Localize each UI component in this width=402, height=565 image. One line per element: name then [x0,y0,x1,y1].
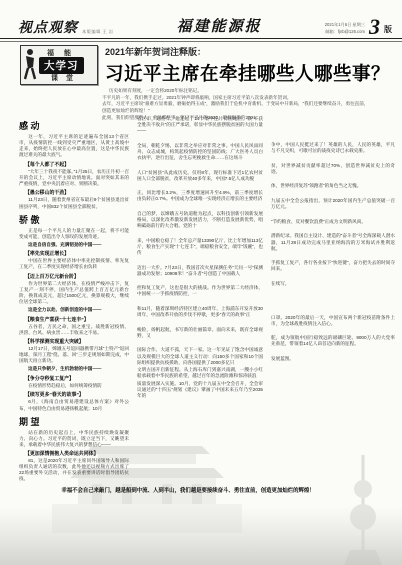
lead-line: 这是自信自强、充满韧劲的中国—— [19,242,129,248]
column-spacer [137,231,263,238]
sub-heading: 【争分夺秒复工复产】 [19,375,129,382]
paragraph: 6月，《海南自由贸易港建设总体方案》对外公布，中国特色自由贸易港扬帆起航；10月 [19,399,129,411]
column-logo: 福 能 大学习 课 堂 [20,45,98,85]
paragraph: 在疫情形势趋稳后，如何统筹疫情防 [19,383,129,389]
column-spacer [137,204,263,211]
paragraph: 和11月，随着深圳经济特区建立40周年、上海浦东开发开放30周年，中国改革开放的… [137,306,263,318]
column-spacer [271,289,395,315]
paragraph: 发展蓝图。 [271,356,395,362]
paragraph: 中国在世界主要经济体中率先控制疫情、率先复工复产，在二季度实现经济增长由负转 [19,258,129,270]
paragraph: 贫，对世界减贫贡献率超过70%，创造世界减贫史上的奇迹。 [271,163,395,175]
newspaper-page: 视点观察 本版编辑 王 岩 福建能源报 2021年1月6日 星期三 邮箱：fjn… [0,0,402,565]
intro-line: 去年，习近平主席说“艰难方显勇毅，磨砺始得玉成”，激励我们于危机中育新机、于变局… [102,101,396,108]
section-heading: 期望 [19,415,129,428]
page-number-label: 版 [384,24,392,37]
section-title: 视点观察 [18,17,78,37]
page-header: 视点观察 本版编辑 王 岩 福建能源报 2021年1月6日 星期三 邮箱：fjn… [18,13,392,37]
paragraph: 12月17日，嫦娥五号返回器携带月球“土特产”返回地球，探月工程“绕、落、回”三… [19,346,129,364]
conclusion-text: 幸福不会自己来敲门，越是船到中流、人到半山，我们越是要接续奋斗、勇往直前，创造更… [42,487,334,495]
paragraph: 舵，成为领航中国行稳致远的磅礴巨轮。9000万人的大党率先垂范，带领着14亿人昂… [271,335,395,347]
paragraph: 手抓复工复产，各行各业按下“快进键”，奋力把失去的时间夺回来。 [271,260,395,272]
column-spacer [271,274,395,281]
article-column: 省区市，这些年，他走过了14个集中连片特困地区，以“不获全胜决不收兵”的庄严承诺… [137,116,263,483]
paragraph: 峻险，扬帆起航，书写新的壮丽篇章。面向未来，既有全球视野，又 [137,327,263,339]
paragraph: 正，同比增长3.2%，三季度增速回升至4.9%，前三季度增长由负转正0.7%。中… [137,190,263,202]
column-spacer [271,349,395,356]
section-heading: 骄傲 [19,213,129,226]
column-spacer [271,212,395,219]
paragraph: 迈出一大步。7月23日，我国首次火星探测任务“天问一号”探测器成功发射；1090… [137,265,263,277]
paragraph: “节约粮食、反对餐饮浪费”正成为文明新风尚。 [271,219,395,225]
date-line: 2021年1月6日 星期三 [325,22,365,28]
paragraph: 来，中国粮仓稳了！全年总产量13390亿斤，比上年增加113亿斤，粮食生产实现“… [137,238,263,256]
paragraph: 争中，中国人民挺过来了！英雄的人民，人民的英雄，平凡与不凡交织，可歌可泣的战疫史… [271,142,395,154]
article-column: 感动这一年，习近平主席的足迹遍布全国13个省区市，从疫情防控一线到受灾严重地区，… [19,116,129,483]
paragraph: 11月23日，随着贵州省宣布最后9个贫困县退出贫困县序列，中国832个贫困县全部… [19,197,129,209]
header-rule-thick [0,38,402,39]
headline-kicker: 2021年新年贺词注释版： [105,45,394,58]
section-brand: 视点观察 本版编辑 王 岩 [18,17,113,37]
sub-heading: 【迈上百万亿元新台阶】 [19,273,129,280]
paragraph: 九届五中全会公报指出，预计2020年国内生产总值突破一百万亿元。 [271,198,395,210]
paragraph: 省区市，这些年，他走过了14个集中连片特困地区，以“不获全胜决不收兵”的庄严承诺… [137,116,263,134]
paragraph: 潜新纪录。我国自主设计、建造的“奋斗者”号全海深载人潜水器，11月28日成功完成… [271,233,395,251]
sub-heading: 【愚公移山的干劲】 [19,189,129,196]
paragraph: “大年三十我夜不能寐。”1月25日，农历正月初一召开的会议上，习近平主席动情地说… [19,169,129,187]
headline-title: 习近平主席在牵挂哪些人哪些事？ [105,60,394,86]
intro-line: 历史如果有刻度，一定会将2020年标注铭记。 [102,88,396,95]
column-spacer [271,156,395,163]
paragraph: 作为世界第二大经济体，在疫情严峻冲击下，复工复产一刻不停，国内生产总值跨上百万亿… [19,281,129,305]
paragraph: 质量发展深入实施。10月，党的十九届五中全会召开，全会审议通过的“十四五”规划《… [137,381,263,399]
paragraph: 这一年，习近平主席的足迹遍布全国13个省区市，从疫情防控一线到受灾严重地区，从黄… [19,134,129,158]
header-right: 2021年1月6日 星期三 邮箱：fjnb@126.com 3 版 [325,18,392,37]
column-spacer [271,116,395,142]
paragraph: 自己的梦，以嫦娥五号轨道舱为起点，以科技创新引领新发展格局，以深化改革激发新发展… [137,211,263,229]
sub-heading: 【每个人都了不起】 [19,161,129,168]
lead-line: 这是全力以赴、创新创造的中国—— [19,307,129,313]
sub-heading: 【科学探测实现重大突破】 [19,338,129,345]
header-rule-thin [0,41,402,42]
column-spacer [137,163,263,170]
column-spacer [137,299,263,306]
paragraph: 文明古国开启新征程。从上海石库门到嘉兴南湖，一艘小小红船承载着中华民族的希望，越… [137,367,263,379]
logo-bottom-text: 课 堂 [51,73,76,83]
editor-note: 本版编辑 王 岩 [82,29,113,37]
article-column: 争中，中国人民挺过来了！英雄的人民，人民的英雄，平凡与不凡交织，可歌可泣的战疫史… [271,116,395,483]
paragraph: 站在新的历史起点上，中华民族持续焕发凝聚力、向心力。习近平的贺词，既立足当下，又… [19,430,129,448]
column-spacer [137,136,263,143]
climber-figure-icon [22,47,38,88]
sub-heading: 【更加深情拥抱人类命运共同体】 [19,450,129,457]
intro-line: 创造更加灿烂的辉煌！” [102,108,396,115]
column-spacer [137,258,263,265]
sub-heading: 【率先实现正增长】 [19,250,129,257]
masthead: 福建能源报 [177,15,262,37]
paragraph: 81，这是2020年习近平主席同外国领导人和国际组织负责人通话的次数，此外他还以… [19,458,129,482]
paragraph: 五谷者，万民之命，国之重宝。战胜新冠疫情、洪涝、台风、病虫害……丰收来之不易。 [19,324,129,336]
logo-middle-text: 大学习 [39,57,84,74]
paragraph: 人口“贫困县”从此成历史。仅用8年，现行标准下近1亿农村贫困人口全部脱贫，改革开… [137,170,263,182]
paragraph: 在续写。 [271,281,395,287]
article-body: 感动这一年，习近平主席的足迹遍布全国13个省区市，从疫情防控一线到受灾严重地区，… [19,116,396,483]
bottom-fade-band [0,507,402,565]
column-spacer [137,320,263,327]
paragraph: 口罩。2020年的最后一天，中国宣布两个新冠疫苗附条件上市，为全球战胜疫情注入信… [271,315,395,327]
sub-heading: 【粮食生产喜获“十七连丰”】 [19,316,129,323]
paragraph: 国际合作。大道不孤，天下一家。这一年见证了饱含中国诚意以及规模巨大的全球人道主义… [137,347,263,365]
intro-line: 不平凡的一年，我们携手走过。2021年钟声即将敲响，国家主席习近平第八次发表新年… [102,95,396,102]
page-number: 3 [369,18,380,37]
paragraph: 控和复工复产，这也是很大的挑战。作为世界第二大经济体，中国统一一手抓疫情防控，一 [137,285,263,297]
headline-block: 福 能 大学习 课 堂 2021年新年贺词注释版： 习近平主席在牵挂哪些人哪些事… [20,45,394,86]
contact-line: 邮箱：fjnb@126.com [325,29,365,35]
section-heading: 感动 [19,119,129,132]
paragraph: 全局，朝乾夕惕，以非常之举应对非常之事。中国人民风雨同舟、众志成城，构筑起疫情防… [137,143,263,161]
lead-line: 这是只争朝夕、生机勃勃的中国—— [19,366,129,372]
sub-heading: 【续写更多“春天的故事”】 [19,391,129,398]
paragraph: 正是每一个平凡人的力量汇聚在一起，将不可能变成可能，创造出令人惊叹的发展奇迹。 [19,228,129,240]
paragraph: 体，世界经济复苏“领跑者”的角色当之无愧。 [271,183,395,189]
